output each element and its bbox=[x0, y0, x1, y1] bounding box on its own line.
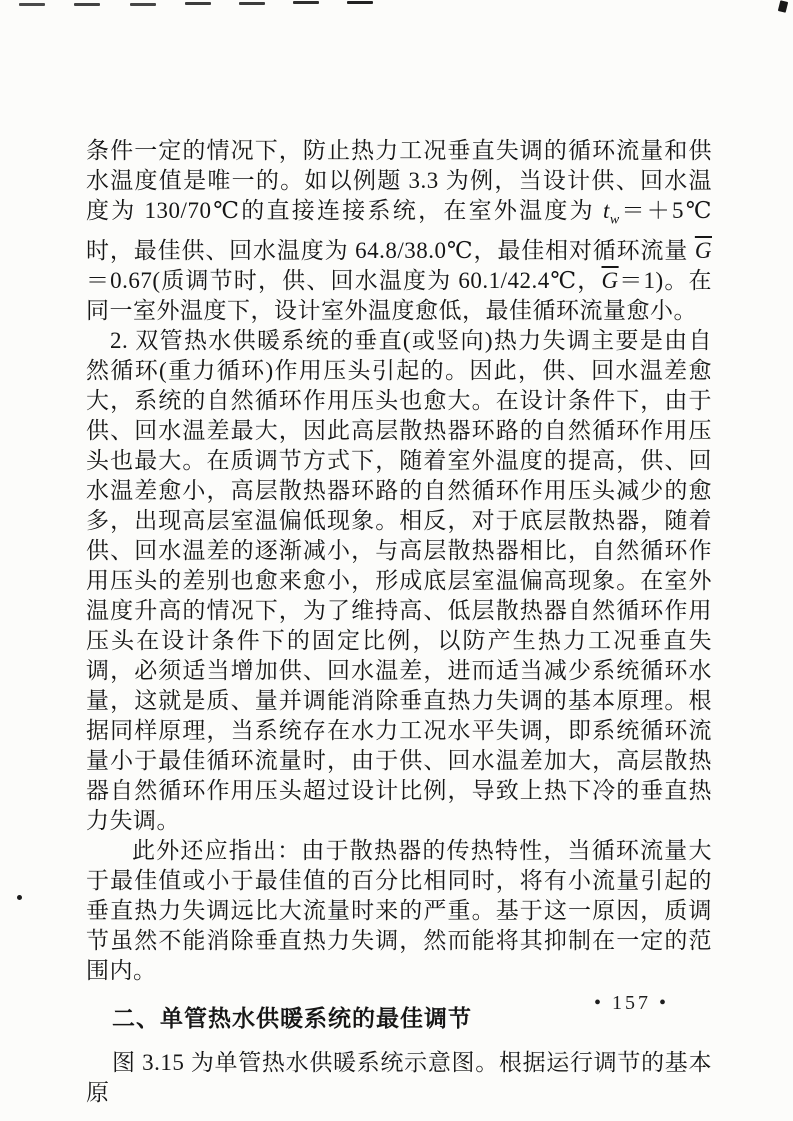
var-t: t bbox=[603, 198, 610, 223]
paragraph-figure-intro: 图 3.15 为单管热水供暖系统示意图。根据运行调节的基本原 bbox=[86, 1048, 712, 1108]
formula-gbar: G bbox=[695, 238, 712, 263]
scan-artifact-margin-dot bbox=[17, 895, 22, 900]
scan-artifact-top-right bbox=[778, 0, 788, 13]
scan-dash-mark bbox=[347, 1, 373, 4]
scan-dash-mark bbox=[293, 1, 319, 4]
paragraph-note: 此外还应指出：由于散热器的传热特性，当循环流量大于最佳值或小于最佳值的百分比相同… bbox=[86, 836, 712, 986]
text-run: ＝0.67(质调节时，供、回水温度为 60.1/42.4℃， bbox=[86, 268, 602, 293]
var-t-subscript-w: w bbox=[610, 213, 620, 228]
scan-dash-mark bbox=[239, 2, 265, 5]
page-number: • 157 • bbox=[594, 992, 669, 1014]
scan-dash-mark bbox=[185, 2, 211, 5]
paragraph-continuation: 条件一定的情况下，防止热力工况垂直失调的循环流量和供水温度值是唯一的。如以例题 … bbox=[86, 136, 712, 326]
formula-tw: tw bbox=[603, 198, 620, 223]
page-text-block: 条件一定的情况下，防止热力工况垂直失调的循环流量和供水温度值是唯一的。如以例题 … bbox=[86, 136, 712, 1108]
scan-dash-mark bbox=[74, 3, 100, 6]
formula-gbar: G bbox=[602, 268, 619, 293]
scan-dash-mark bbox=[130, 3, 156, 6]
scan-dash-mark bbox=[19, 3, 45, 6]
paragraph-item-2: 2. 双管热水供暖系统的垂直(或竖向)热力失调主要是由自然循环(重力循环)作用压… bbox=[86, 326, 712, 836]
scanned-book-page: 条件一定的情况下，防止热力工况垂直失调的循环流量和供水温度值是唯一的。如以例题 … bbox=[0, 0, 793, 1121]
